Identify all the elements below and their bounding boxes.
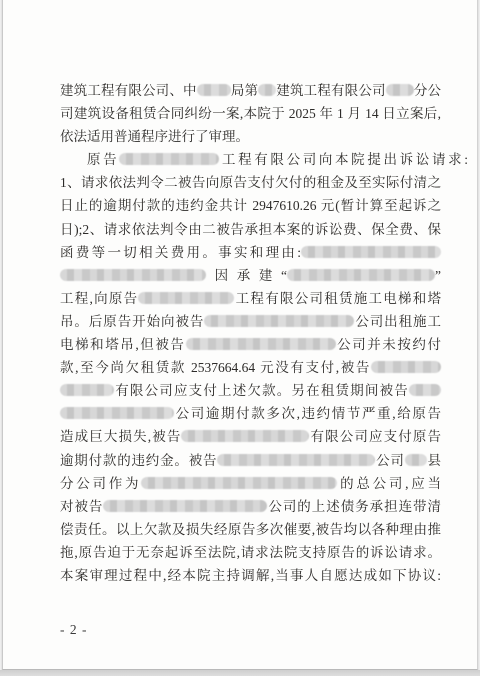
page-number: - 2 - — [60, 618, 441, 641]
text-line: 对被告公司的上述债务承担连带清 — [60, 495, 441, 518]
text-line: 公司逾期付款多次,违约情节严重,给原告 — [60, 402, 441, 425]
redaction-blur — [60, 384, 114, 396]
text-line: 逾期付款的违约金。被告公司县 — [60, 449, 441, 472]
text-run: 建筑工程有限公司 — [276, 83, 386, 98]
text-run: 公司 — [375, 453, 404, 468]
text-run: 的总公司,应当 — [337, 476, 441, 491]
text-line: 原告工程有限公司向本院提出诉讼请求: — [60, 148, 468, 171]
text-run: 县 — [427, 453, 441, 468]
text-line: 造成巨大损失,被告有限公司应支付原告 — [60, 425, 441, 448]
text-run: 日);2、请求依法判令由二被告承担本案的诉讼费、保全费、保 — [60, 222, 441, 237]
text-line: 因承建“” — [60, 264, 441, 287]
text-line: 依法适用普通程序进行了审理。 — [60, 125, 441, 148]
text-line: 拖,原告迫于无奈起诉至法院,请求法院支持原告的诉讼请求。 — [60, 541, 441, 564]
text-run: 偿责任。以上欠款及损失经原告多次催要,被告均以各种理由推 — [60, 522, 441, 537]
text-line: 吊。后原告开始向被告公司出租施工 — [60, 310, 441, 333]
text-run: 吊。后原告开始向被告 — [60, 314, 204, 329]
redaction-blur — [138, 292, 234, 304]
text-line: 偿责任。以上欠款及损失经原告多次催要,被告均以各种理由推 — [60, 518, 441, 541]
text-line: 款,至今尚欠租赁款 2537664.64 元没有支付,被告 — [60, 356, 441, 379]
redaction-blur — [197, 84, 231, 96]
text-run: 电梯和塔吊,但被告 — [60, 337, 186, 352]
redaction-blur — [301, 246, 441, 258]
text-run: 分公 — [414, 83, 441, 98]
redaction-blur — [119, 153, 219, 165]
redaction-blur — [204, 315, 354, 327]
redaction-blur — [60, 269, 206, 281]
text-run: 因承建“ — [206, 268, 287, 283]
text-line: 函费等一切相关费用。事实和理由: — [60, 241, 441, 264]
text-run: 公司出租施工 — [354, 314, 441, 329]
text-line: 工程,向原告工程有限公司租赁施工电梯和塔 — [60, 287, 441, 310]
text-run: 局第 — [231, 83, 259, 98]
document-body: 建筑工程有限公司、中局第建筑工程有限公司分公司建筑设备租赁合同纠纷一案,本院于 … — [60, 79, 441, 641]
redaction-blur — [371, 361, 441, 373]
redaction-blur — [181, 430, 309, 442]
text-line: 日止的逾期付款的违约金共计 2947610.26 元(暂计算至起诉之 — [60, 194, 441, 217]
redaction-blur — [217, 454, 375, 466]
text-line: 有限公司应支付上述欠款。另在租赁期间被告 — [60, 379, 441, 402]
text-line: 本案审理过程中,经本院主持调解,当事人自愿达成如下协议: — [60, 564, 441, 587]
text-run: 本案审理过程中,经本院主持调解,当事人自愿达成如下协议: — [60, 568, 441, 583]
document-page: 建筑工程有限公司、中局第建筑工程有限公司分公司建筑设备租赁合同纠纷一案,本院于 … — [2, 0, 478, 670]
redaction-blur — [186, 338, 336, 350]
page-edge-shadow — [0, 670, 480, 676]
text-run: 函费等一切相关费用。事实和理由: — [60, 245, 301, 260]
redaction-blur — [409, 384, 441, 396]
text-run: ” — [435, 268, 441, 283]
text-run: 建筑工程有限公司、中 — [60, 83, 197, 98]
text-run: 工程有限公司租赁施工电梯和塔 — [234, 291, 441, 306]
text-run: 款,至今尚欠租赁款 2537664.64 元没有支付,被告 — [60, 360, 371, 375]
text-run: 依法适用普通程序进行了审理。 — [60, 129, 249, 144]
text-line: 建筑工程有限公司、中局第建筑工程有限公司分公 — [60, 79, 441, 102]
text-run: 司建筑设备租赁合同纠纷一案,本院于 2025 年 1 月 14 日立案后, — [60, 106, 441, 121]
text-line: 1、请求依法判令二被告向原告支付欠付的租金及至实际付清之 — [60, 171, 441, 194]
redaction-blur — [103, 500, 267, 512]
text-line: 日);2、请求依法判令由二被告承担本案的诉讼费、保全费、保 — [60, 218, 441, 241]
text-run: 拖,原告迫于无奈起诉至法院,请求法院支持原告的诉讼请求。 — [60, 545, 441, 560]
text-run: 对被告 — [60, 499, 103, 514]
text-run: 有限公司应支付上述欠款。另在租赁期间被告 — [114, 383, 409, 398]
redaction-blur — [386, 84, 414, 96]
text-run: 公司并未按约付 — [336, 337, 442, 352]
text-line: 分公司作为的总公司,应当 — [60, 472, 441, 495]
text-run: 工程,向原告 — [60, 291, 138, 306]
redaction-blur — [60, 407, 174, 419]
redaction-blur — [258, 84, 276, 96]
text-run: 造成巨大损失,被告 — [60, 429, 181, 444]
redaction-blur — [141, 477, 337, 489]
redaction-blur — [287, 269, 435, 281]
text-line: 电梯和塔吊,但被告公司并未按约付 — [60, 333, 441, 356]
redaction-blur — [405, 454, 427, 466]
text-run: 逾期付款的违约金。被告 — [60, 453, 217, 468]
text-run: 有限公司应支付原告 — [309, 429, 441, 444]
text-run: 分公司作为 — [60, 476, 141, 491]
text-run: 1、请求依法判令二被告向原告支付欠付的租金及至实际付清之 — [60, 175, 441, 190]
text-run: 工程有限公司向本院提出诉讼请求: — [219, 152, 468, 167]
scan-backdrop: 建筑工程有限公司、中局第建筑工程有限公司分公司建筑设备租赁合同纠纷一案,本院于 … — [0, 0, 480, 676]
text-run: 原告 — [87, 152, 119, 167]
text-run: 公司逾期付款多次,违约情节严重,给原告 — [174, 406, 441, 421]
text-run: 公司的上述债务承担连带清 — [267, 499, 441, 514]
text-line: 司建筑设备租赁合同纠纷一案,本院于 2025 年 1 月 14 日立案后, — [60, 102, 441, 125]
text-run: 日止的逾期付款的违约金共计 2947610.26 元(暂计算至起诉之 — [60, 198, 441, 213]
